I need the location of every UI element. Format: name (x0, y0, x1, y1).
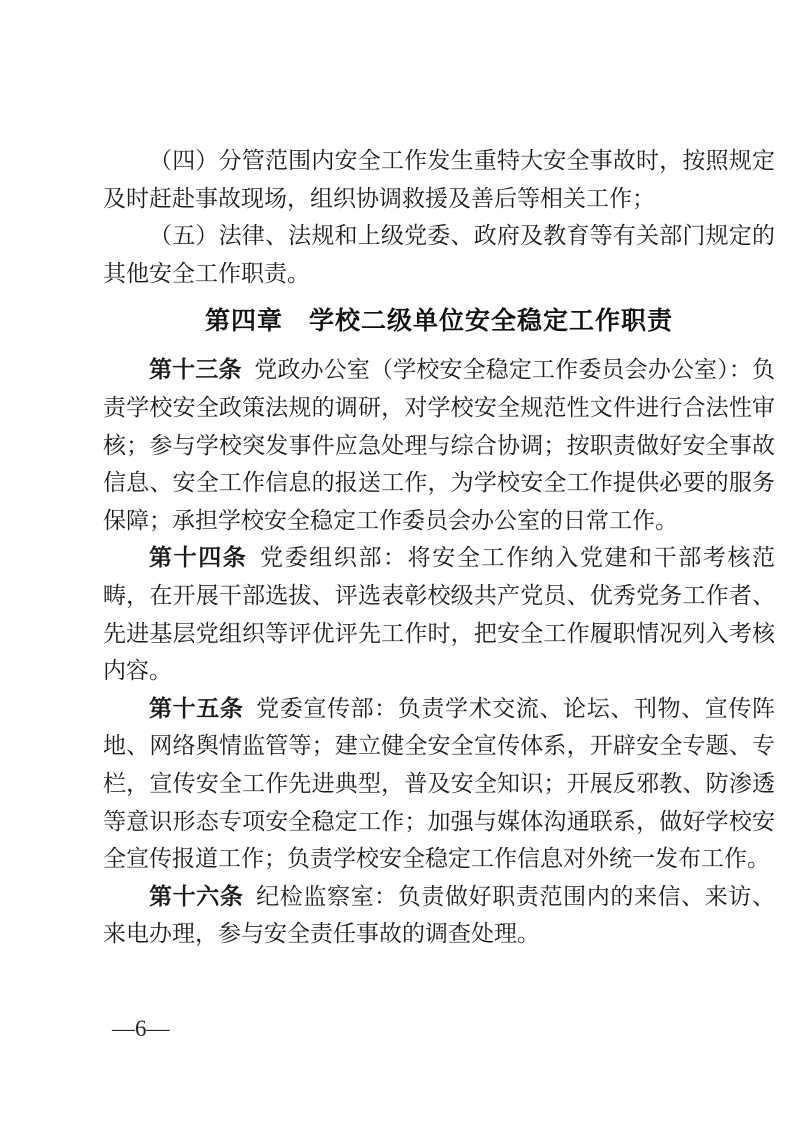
article-16-paragraph: 第十六条纪检监察室：负责做好职责范围内的来信、来访、来电办理，参与安全责任事故的… (103, 878, 775, 953)
clause-item-5: （五）法律、法规和上级党委、政府及教育等有关部门规定的其他安全工作职责。 (103, 217, 775, 292)
page-footer: —6— (112, 1014, 170, 1044)
article-13-paragraph: 第十三条党政办公室（学校安全稳定工作委员会办公室）：负责学校安全政策法规的调研，… (103, 351, 775, 539)
clause-item-4: （四）分管范围内安全工作发生重特大安全事故时，按照规定及时赶赴事故现场，组织协调… (103, 142, 775, 217)
article-14-label: 第十四条 (149, 545, 247, 570)
chapter-heading: 第四章 学校二级单位安全稳定工作职责 (103, 302, 775, 340)
article-14-paragraph: 第十四条党委组织部：将安全工作纳入党建和干部考核范畴，在开展干部选拔、评选表彰校… (103, 539, 775, 689)
document-page: （四）分管范围内安全工作发生重特大安全事故时，按照规定及时赶赴事故现场，组织协调… (0, 0, 794, 1122)
article-13-label: 第十三条 (149, 357, 242, 382)
page-number: —6— (112, 1016, 170, 1041)
article-16-label: 第十六条 (149, 884, 243, 909)
article-15-text: 党委宣传部：负责学术交流、论坛、刊物、宣传阵地、网络舆情监管等；建立健全安全宣传… (103, 696, 775, 871)
document-content: （四）分管范围内安全工作发生重特大安全事故时，按照规定及时赶赴事故现场，组织协调… (103, 142, 775, 953)
article-15-label: 第十五条 (149, 696, 243, 721)
article-15-paragraph: 第十五条党委宣传部：负责学术交流、论坛、刊物、宣传阵地、网络舆情监管等；建立健全… (103, 690, 775, 878)
article-13-text: 党政办公室（学校安全稳定工作委员会办公室）：负责学校安全政策法规的调研，对学校安… (103, 357, 775, 532)
